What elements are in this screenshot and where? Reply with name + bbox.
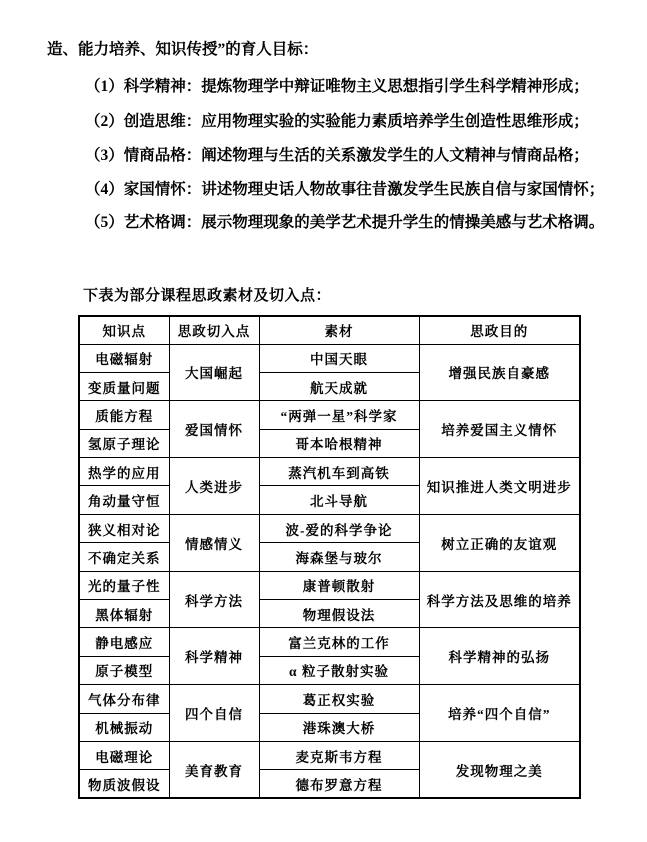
knowledge-cell: 物质波假设 — [79, 770, 169, 798]
material-cell: 蒸汽机车到高铁 — [259, 458, 419, 486]
knowledge-cell: 机械振动 — [79, 713, 169, 741]
purpose-cell: 科学方法及思维的培养 — [419, 571, 580, 628]
material-cell: 海森堡与玻尔 — [259, 543, 419, 571]
table-header-cell: 思政切入点 — [169, 316, 259, 344]
goal-item-3: （3）情商品格：阐述物理与生活的关系激发学生的人文精神与情商品格； — [85, 146, 589, 165]
entry-point-cell: 科学方法 — [169, 571, 259, 628]
intro-paragraph-line: 造、能力培养、知识传授”的育人目标： — [47, 40, 318, 59]
knowledge-cell: 光的量子性 — [79, 571, 169, 599]
entry-point-cell: 美育教育 — [169, 741, 259, 798]
purpose-cell: 科学精神的弘扬 — [419, 628, 580, 685]
table-row: 狭义相对论情感情义波-爱的科学争论树立正确的友谊观 — [79, 514, 580, 542]
entry-point-cell: 爱国情怀 — [169, 401, 259, 458]
purpose-cell: 发现物理之美 — [419, 741, 580, 798]
knowledge-cell: 变质量问题 — [79, 372, 169, 400]
knowledge-cell: 热学的应用 — [79, 458, 169, 486]
material-cell: “两弹一星”科学家 — [259, 401, 419, 429]
material-cell: 康普顿散射 — [259, 571, 419, 599]
goal-item-4: （4）家国情怀：讲述物理史话人物故事往昔激发学生民族自信与家国情怀； — [85, 180, 604, 199]
entry-point-cell: 情感情义 — [169, 514, 259, 571]
knowledge-cell: 黑体辐射 — [79, 600, 169, 628]
entry-point-cell: 四个自信 — [169, 685, 259, 742]
table-row: 光的量子性科学方法康普顿散射科学方法及思维的培养 — [79, 571, 580, 599]
knowledge-cell: 电磁理论 — [79, 741, 169, 769]
material-cell: α 粒子散射实验 — [259, 656, 419, 684]
material-cell: 中国天眼 — [259, 344, 419, 372]
table-header-row: 知识点思政切入点素材思政目的 — [79, 316, 580, 344]
material-cell: 北斗导航 — [259, 486, 419, 514]
knowledge-cell: 电磁辐射 — [79, 344, 169, 372]
knowledge-cell: 气体分布律 — [79, 685, 169, 713]
table-row: 质能方程爱国情怀“两弹一星”科学家培养爱国主义情怀 — [79, 401, 580, 429]
goal-item-2: （2）创造思维：应用物理实验的实验能力素质培养学生创造性思维形成； — [85, 112, 589, 131]
goal-item-5: （5）艺术格调：展示物理现象的美学艺术提升学生的情操美感与艺术格调。 — [85, 213, 604, 232]
entry-point-cell: 人类进步 — [169, 458, 259, 515]
material-cell: 航天成就 — [259, 372, 419, 400]
goal-item-1: （1）科学精神：提炼物理学中辩证唯物主义思想指引学生科学精神形成； — [85, 77, 589, 96]
material-cell: 哥本哈根精神 — [259, 429, 419, 457]
table-row: 热学的应用人类进步蒸汽机车到高铁知识推进人类文明进步 — [79, 458, 580, 486]
material-cell: 港珠澳大桥 — [259, 713, 419, 741]
document-page: { "heading": "造、能力培养、知识传授”的育人目标：", "goal… — [0, 0, 647, 842]
material-cell: 波-爱的科学争论 — [259, 514, 419, 542]
material-cell: 德布罗意方程 — [259, 770, 419, 798]
purpose-cell: 知识推进人类文明进步 — [419, 458, 580, 515]
course-ideology-table: 知识点思政切入点素材思政目的 电磁辐射大国崛起中国天眼增强民族自豪感变质量问题航… — [78, 315, 581, 799]
table-header-cell: 知识点 — [79, 316, 169, 344]
table-row: 静电感应科学精神富兰克林的工作科学精神的弘扬 — [79, 628, 580, 656]
knowledge-cell: 氢原子理论 — [79, 429, 169, 457]
purpose-cell: 树立正确的友谊观 — [419, 514, 580, 571]
material-cell: 物理假设法 — [259, 600, 419, 628]
entry-point-cell: 科学精神 — [169, 628, 259, 685]
purpose-cell: 增强民族自豪感 — [419, 344, 580, 401]
knowledge-cell: 原子模型 — [79, 656, 169, 684]
knowledge-cell: 角动量守恒 — [79, 486, 169, 514]
table-row: 气体分布律四个自信葛正权实验培养“四个自信” — [79, 685, 580, 713]
purpose-cell: 培养“四个自信” — [419, 685, 580, 742]
knowledge-cell: 狭义相对论 — [79, 514, 169, 542]
knowledge-cell: 不确定关系 — [79, 543, 169, 571]
table-header-cell: 素材 — [259, 316, 419, 344]
purpose-cell: 培养爱国主义情怀 — [419, 401, 580, 458]
material-cell: 麦克斯韦方程 — [259, 741, 419, 769]
knowledge-cell: 质能方程 — [79, 401, 169, 429]
table-row: 电磁辐射大国崛起中国天眼增强民族自豪感 — [79, 344, 580, 372]
knowledge-cell: 静电感应 — [79, 628, 169, 656]
table-body: 电磁辐射大国崛起中国天眼增强民族自豪感变质量问题航天成就质能方程爱国情怀“两弹一… — [79, 344, 580, 798]
table-header-cell: 思政目的 — [419, 316, 580, 344]
entry-point-cell: 大国崛起 — [169, 344, 259, 401]
table-row: 电磁理论美育教育麦克斯韦方程发现物理之美 — [79, 741, 580, 769]
table-intro: 下表为部分课程思政素材及切入点： — [83, 287, 331, 306]
material-cell: 葛正权实验 — [259, 685, 419, 713]
material-cell: 富兰克林的工作 — [259, 628, 419, 656]
